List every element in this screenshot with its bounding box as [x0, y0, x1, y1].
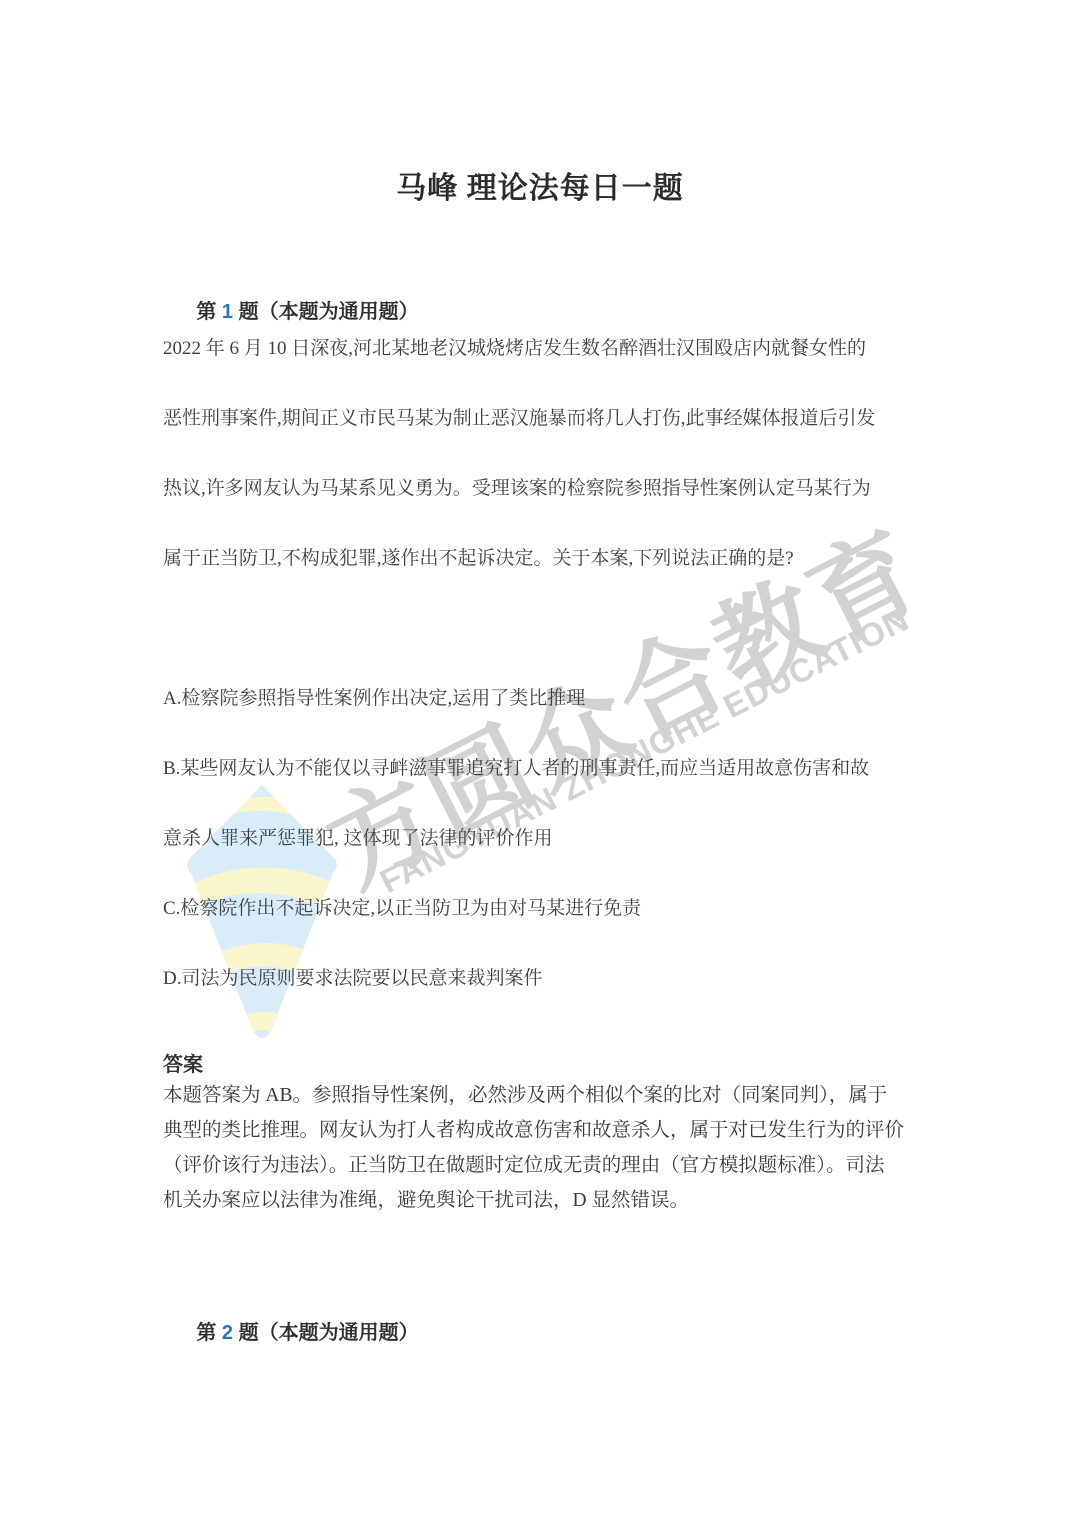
page-title: 马峰 理论法每日一题 [0, 163, 1080, 207]
question-1-body-line: 恶性刑事案件,期间正义市民马某为制止恶汉施暴而将几人打伤,此事经媒体报道后引发 [163, 384, 943, 454]
question-2-number: 2 [222, 1322, 233, 1344]
answer-line: 本题答案为 AB。参照指导性案例，必然涉及两个相似个案的比对（同案同判），属于 [163, 1078, 943, 1113]
question-2-heading-prefix: 第 [196, 1322, 222, 1344]
option-c: C.检察院作出不起诉决定,以正当防卫为由对马某进行免责 [163, 874, 943, 944]
answer-heading: 答案 [163, 1048, 203, 1077]
question-1-body-line: 热议,许多网友认为马某系见义勇为。受理该案的检察院参照指导性案例认定马某行为 [163, 454, 943, 524]
question-1-body-line: 属于正当防卫,不构成犯罪,遂作出不起诉决定。关于本案,下列说法正确的是? [163, 524, 943, 594]
document-page: 方圆众合教育 FANGYUAN ZHONGHE EDUCATION 马峰 理论法… [0, 0, 1080, 1527]
answer-body: 本题答案为 AB。参照指导性案例，必然涉及两个相似个案的比对（同案同判），属于 … [163, 1078, 943, 1218]
answer-line: （评价该行为违法）。正当防卫在做题时定位成无责的理由（官方模拟题标准）。司法 [163, 1148, 943, 1183]
answer-line: 典型的类比推理。网友认为打人者构成故意伤害和故意杀人，属于对已发生行为的评价 [163, 1113, 943, 1148]
option-d: D.司法为民原则要求法院要以民意来裁判案件 [163, 944, 943, 1014]
document-content: 马峰 理论法每日一题 第 1 题（本题为通用题） 2022 年 6 月 10 日… [0, 0, 1080, 1527]
answer-line: 机关办案应以法律为准绳，避免舆论干扰司法，D 显然错误。 [163, 1183, 943, 1218]
option-a: A.检察院参照指导性案例作出决定,运用了类比推理 [163, 664, 943, 734]
question-1-body-line: 2022 年 6 月 10 日深夜,河北某地老汉城烧烤店发生数名醉酒壮汉围殴店内… [163, 314, 943, 384]
option-b-continued: 意杀人罪来严惩罪犯, 这体现了法律的评价作用 [163, 804, 943, 874]
option-b: B.某些网友认为不能仅以寻衅滋事罪追究打人者的刑事责任,而应当适用故意伤害和故 [163, 734, 943, 804]
question-2-heading: 第 2 题（本题为通用题） [163, 1293, 419, 1368]
question-1-body: 2022 年 6 月 10 日深夜,河北某地老汉城烧烤店发生数名醉酒壮汉围殴店内… [163, 314, 943, 594]
question-1-options: A.检察院参照指导性案例作出决定,运用了类比推理 B.某些网友认为不能仅以寻衅滋… [163, 664, 943, 1014]
question-2-heading-suffix: 题（本题为通用题） [233, 1322, 419, 1344]
